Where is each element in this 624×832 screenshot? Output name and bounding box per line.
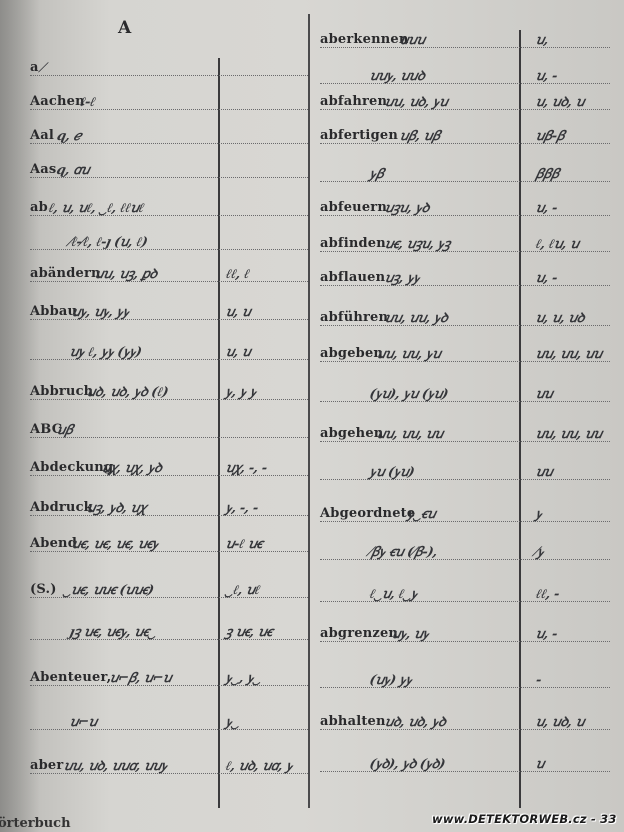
shorthand-variant: ꭒ‑ℓ ꭒꞓ (224, 534, 264, 552)
shorthand-variant: ℓℓ, ‑ (534, 586, 560, 602)
dictionary-entry: (S.)‿ꭒꞓ, ꭒꭒꞓ (ꭒꭒꞓ)‿ℓ, ꭒℓ (30, 580, 308, 600)
headword: Abbruch (30, 384, 93, 399)
headword: aberkennen (320, 32, 409, 47)
dictionary-entry: ȷꝫ ꭒꞓ, ꭒꞓꭚ, ꭒꞓ‿ꝫ ꭒꞓ, ꭒꞓ (30, 622, 308, 642)
shorthand-forms: ꭒꭚ ℓ, ꭚꭚ (ꭚꭚ) (68, 342, 143, 360)
dictionary-entry: (ꭒꭚ) ꭚꭚ‑ (320, 670, 610, 690)
headword: abführen (320, 310, 388, 325)
dictionary-entry: Abbruchꭒꝺ, ꭒꝺ, ꭚꝺ (ℓ)ꭚ, ꭚ ꭚ (30, 382, 308, 402)
dictionary-entry: ꭚꞵꞵꞵꞵ (320, 164, 610, 184)
shorthand-forms: ⁄ℓ‑⁄ℓ, ℓ‑ȷ (ꭒ, ℓ) (68, 232, 149, 250)
dictionary-entry: abgebenꭒꭒ, ꭒꭒ, ꭚꭒꭒꭒ, ꭒꭒ, ꭒꭒ (320, 344, 610, 364)
dictionary-entry: abgrenzenꭒꭚ, ꭒꭚꭒ, ‑ (320, 624, 610, 644)
dictionary-entry: abfertigenꭒꞵ, ꭒꞵꭒꞵ‑ꞵ (320, 126, 610, 146)
dotted-rule (30, 109, 308, 110)
headword: Aachen (30, 94, 85, 109)
shorthand-forms: ꭒꝫ, ꭚꭚ (383, 268, 422, 286)
dotted-rule (320, 285, 610, 286)
dictionary-entry: ⁄ℓ‑⁄ℓ, ℓ‑ȷ (ꭒ, ℓ) (30, 232, 308, 252)
dotted-rule (320, 601, 610, 602)
dictionary-entry: abflauenꭒꝫ, ꭚꭚꭒ, ‑ (320, 268, 610, 288)
dictionary-entry: Aachenℓ‑ℓ (30, 92, 308, 112)
shorthand-forms: ꭒꞵ (55, 420, 75, 438)
dictionary-entry: ABCꭒꞵ (30, 420, 308, 440)
right-column: aberkennenꭒꭒꭒꭒ,ꭒꭒꭚ, ꭒꭒꝺꭒ, ‑abfahrenꭒꭒ, ꭒ… (312, 0, 624, 832)
shorthand-variant: ꭒ, ‑ (534, 198, 559, 216)
dictionary-entry: abfindenꭒꞓ, ꭒꝫꭒ, ꭚꝫℓ, ℓꭒ, ꭒ (320, 234, 610, 254)
shorthand-forms: ℓ‑ℓ (78, 94, 96, 110)
dictionary-entry: Aasɋ, ꭤꭒ (30, 160, 308, 180)
headword: abgehen (320, 426, 383, 441)
dotted-rule (320, 771, 610, 772)
shorthand-variant: ꭚ‿ (224, 712, 241, 730)
dotted-rule (320, 641, 610, 642)
dictionary-entry: Abgeordneteꭚ‿ꞓꭒꭚ (320, 504, 610, 524)
shorthand-variant: ⁄ꭚ (534, 542, 546, 560)
dotted-rule (30, 515, 308, 516)
headword: abfahren (320, 94, 387, 109)
shorthand-variant: ꭚ‿, ꭚ‿ (224, 668, 263, 686)
headword: abfinden (320, 236, 386, 251)
dictionary-entry: ꭒꭚ ℓ, ꭚꭚ (ꭚꭚ)ꭒ, ꭒ (30, 342, 308, 362)
dictionary-entry: abführenꭒꭒ, ꭒꭒ, ꭚꝺꭒ, ꭒ, ꭒꝺ (320, 308, 610, 328)
headword: abgeben (320, 346, 383, 361)
shorthand-forms: ‿ꭒꞓ, ꭒꭒꞓ (ꭒꭒꞓ) (62, 580, 155, 598)
headword: abflauen (320, 270, 385, 285)
dictionary-entry: (ꭚꝺ), ꭚꝺ (ꭚꝺ)ꭒ (320, 754, 610, 774)
dotted-rule (320, 479, 610, 480)
shorthand-variant: ꭒ, ‑ (534, 268, 559, 286)
shorthand-variant: ꭒ, ꭒꝺ, ꭒ (534, 712, 586, 730)
dotted-rule (30, 281, 308, 282)
dotted-rule (30, 437, 308, 438)
dotted-rule (320, 47, 610, 48)
shorthand-variant: ꭒꭒ (534, 462, 554, 480)
dotted-rule (320, 401, 610, 402)
shorthand-forms: ℓ‿ꭒ, ℓ‿ꭚ (368, 584, 419, 602)
shorthand-forms: ꭒꭒ, ꭒꭒ, ꭚꝺ (383, 308, 450, 326)
headword: abgrenzen (320, 626, 398, 641)
dictionary-entry: abhaltenꭒꝺ, ꭒꝺ, ꭚꝺꭒ, ꭒꝺ, ꭒ (320, 712, 610, 732)
dictionary-entry: ℓ‿ꭒ, ℓ‿ꭚℓℓ, ‑ (320, 584, 610, 604)
headword: abhalten (320, 714, 386, 729)
shorthand-forms: ꭒꭒ, ꭒꝺ, ꭒꭒꭤ, ꭒꭒꭚ (62, 756, 169, 774)
shorthand-variant: ‿ℓ, ꭒℓ (224, 580, 262, 598)
shorthand-variant: ꭒ (534, 754, 546, 772)
shorthand-forms: ꭚꞵ (368, 164, 386, 182)
dictionary-entry: abändernꭒꭒ, ꭒꝫ, ꝑꝺℓℓ, ℓ (30, 264, 308, 284)
shorthand-variant: ꝫ ꭒꞓ, ꭒꞓ (224, 622, 274, 640)
shorthand-forms: ꭒꝫꭒ, ꭚꝺ (383, 198, 431, 216)
shorthand-variant: ꭒ, ꭒ, ꭒꝺ (534, 308, 586, 326)
headword: Aas (30, 162, 56, 177)
dictionary-entry: ꭒ⌐ꭒꭚ‿ (30, 712, 308, 732)
headword: abfeuern (320, 200, 387, 215)
headword: Abenteuer, (30, 670, 111, 685)
headword: (S.) (30, 582, 57, 597)
dictionary-entry: ⁄ꞵꭚ ꞓꭒ (⁄ꞵ‑),⁄ꭚ (320, 542, 610, 562)
dictionary-entry: abfahrenꭒꭒ, ꭒꝺ, ꭚꭒꭒ, ꭒꝺ, ꭒ (320, 92, 610, 112)
shorthand-forms: ꭚꭒ (ꭚꭒ) (368, 462, 416, 480)
shorthand-forms: ℓ, ꭒ, ꭒℓ, ‿ℓ, ℓℓꭒℓ (47, 198, 146, 216)
shorthand-variant: ꭒ, ‑ (534, 66, 559, 84)
dotted-rule (320, 83, 610, 84)
dictionary-entry: Abbauꭒꭚ, ꭒꭚ, ꭚꭚꭒ, ꭒ (30, 302, 308, 322)
shorthand-variant: ꭚ, ꭚ ꭚ (224, 382, 258, 400)
headword: ab (30, 200, 48, 215)
shorthand-forms: ɋ, ꭤꭒ (55, 160, 91, 178)
dictionary-entry: aberkennenꭒꭒꭒꭒ, (320, 30, 610, 50)
shorthand-variant: ꭚ (534, 504, 544, 522)
footer-fragment: örterbuch (0, 816, 71, 831)
shorthand-forms: ꭒꭒꭚ, ꭒꭒꝺ (368, 66, 427, 84)
shorthand-forms: ꭒ⌐ꭒ (68, 712, 99, 730)
dictionary-entry: abℓ, ꭒ, ꭒℓ, ‿ℓ, ℓℓꭒℓ (30, 198, 308, 218)
shorthand-forms: ꭒꝫ, ꭚꝺ, ꭒꭕ (85, 498, 148, 516)
dictionary-entry: Abdeckungꭒꭕ, ꭒꭕ, ꭚꝺꭒꭕ, ‑, ‑ (30, 458, 308, 478)
shorthand-forms: ꭒꭚ, ꭒꭚ, ꭚꭚ (70, 302, 131, 320)
headword: abändern (30, 266, 101, 281)
dictionary-entry: Aalɋ, ℯ (30, 126, 308, 146)
shorthand-variant: ꭒꭒ (534, 384, 554, 402)
dotted-rule (320, 687, 610, 688)
shorthand-variant: ꭒꞵ‑ꞵ (534, 126, 566, 144)
left-column: a⁄Aachenℓ‑ℓAalɋ, ℯAasɋ, ꭤꭒabℓ, ꭒ, ꭒℓ, ‿ℓ… (0, 0, 310, 832)
dictionary-entry: a⁄ (30, 58, 308, 78)
dotted-rule (320, 521, 610, 522)
shorthand-forms: ꭒꭒ, ꭒꝫ, ꝑꝺ (93, 264, 159, 282)
dictionary-entry: abfeuernꭒꝫꭒ, ꭚꝺꭒ, ‑ (320, 198, 610, 218)
shorthand-forms: ⁄ꞵꭚ ꞓꭒ (⁄ꞵ‑), (368, 542, 439, 560)
shorthand-forms: (ꭚꭒ), ꭚꭒ (ꭚꭒ) (368, 384, 450, 402)
dictionary-entry: Abenteuer,ꭒ⌐ꞵ, ꭒ⌐ꭒꭚ‿, ꭚ‿ (30, 668, 308, 688)
shorthand-forms: ꭒꞵ, ꭒꞵ (398, 126, 442, 144)
shorthand-forms: ꭒꞓ, ꭒꞓ, ꭒꞓ, ꭒꞓꭚ (70, 534, 160, 552)
dictionary-entry: (ꭚꭒ), ꭚꭒ (ꭚꭒ)ꭒꭒ (320, 384, 610, 404)
dictionary-entry: ꭒꭒꭚ, ꭒꭒꝺꭒ, ‑ (320, 66, 610, 86)
dictionary-entry: aberꭒꭒ, ꭒꝺ, ꭒꭒꭤ, ꭒꭒꭚℓ, ꭒꝺ, ꭒꭤ, ꭚ (30, 756, 308, 776)
shorthand-variant: ꭒ, ꭒ (224, 342, 253, 360)
shorthand-forms: ꭚ‿ꞓꭒ (406, 504, 437, 522)
shorthand-variant: ꭒ, ꭒ (224, 302, 253, 320)
shorthand-variant: ꭒ, (534, 30, 550, 48)
dotted-rule (320, 559, 610, 560)
headword: Abdruck (30, 500, 93, 515)
headword: a (30, 60, 39, 75)
dotted-rule (30, 399, 308, 400)
dictionary-entry: Abendꭒꞓ, ꭒꞓ, ꭒꞓ, ꭒꞓꭚꭒ‑ℓ ꭒꞓ (30, 534, 308, 554)
dotted-rule (30, 75, 308, 76)
shorthand-forms: ꭒ⌐ꞵ, ꭒ⌐ꭒ (108, 668, 173, 686)
dotted-rule (320, 143, 610, 144)
shorthand-variant: ꭚ, ‑, ‑ (224, 498, 260, 516)
shorthand-forms: ꭒꭕ, ꭒꭕ, ꭚꝺ (100, 458, 164, 476)
dotted-rule (320, 181, 610, 182)
shorthand-forms: ɋ, ℯ (55, 129, 82, 144)
shorthand-forms: ꭒꝺ, ꭒꝺ, ꭚꝺ (ℓ) (85, 382, 170, 400)
shorthand-forms: (ꭒꭚ) ꭚꭚ (368, 670, 414, 688)
dictionary-entry: abgehenꭒꭒ, ꭒꭒ, ꭒꭒꭒꭒ, ꭒꭒ, ꭒꭒ (320, 424, 610, 444)
shorthand-forms: ꭒꞓ, ꭒꝫꭒ, ꭚꝫ (383, 234, 452, 252)
dotted-rule (30, 475, 308, 476)
shorthand-variant: ꭒꭕ, ‑, ‑ (224, 458, 269, 476)
dotted-rule (320, 215, 610, 216)
shorthand-forms: ꭒꭚ, ꭒꭚ (390, 624, 431, 642)
dictionary-entry: ꭚꭒ (ꭚꭒ)ꭒꭒ (320, 462, 610, 482)
shorthand-variant: ꭒꭒ, ꭒꭒ, ꭒꭒ (534, 344, 604, 362)
shorthand-variant: ℓℓ, ℓ (224, 266, 251, 282)
shorthand-variant: ℓ, ꭒꝺ, ꭒꭤ, ꭚ (224, 756, 295, 774)
shorthand-variant: ꞵꞵꞵ (534, 164, 561, 182)
headword: aber (30, 758, 63, 773)
shorthand-variant: ‑ (534, 673, 542, 688)
shorthand-forms: ȷꝫ ꭒꞓ, ꭒꞓꭚ, ꭒꞓ‿ (68, 622, 158, 640)
headword: Abgeordnete (320, 506, 415, 521)
shorthand-forms: ꭒꭒꭒ (398, 30, 427, 48)
shorthand-variant: ℓ, ℓꭒ, ꭒ (534, 234, 581, 252)
shorthand-forms: ꭒꝺ, ꭒꝺ, ꭚꝺ (383, 712, 448, 730)
dictionary-entry: Abdruckꭒꝫ, ꭚꝺ, ꭒꭕꭚ, ‑, ‑ (30, 498, 308, 518)
shorthand-forms: ꭒꭒ, ꭒꭒ, ꭒꭒ (375, 424, 445, 442)
shorthand-forms: ꭒꭒ, ꭒꭒ, ꭚꭒ (375, 344, 443, 362)
headword: Aal (30, 128, 54, 143)
shorthand-forms: ⁄ (40, 61, 45, 76)
watermark: www.DETEKTORWEB.cz - 33 (432, 812, 617, 826)
headword: abfertigen (320, 128, 398, 143)
shorthand-variant: ꭒ, ‑ (534, 624, 559, 642)
shorthand-forms: (ꭚꝺ), ꭚꝺ (ꭚꝺ) (368, 754, 447, 772)
shorthand-variant: ꭒꭒ, ꭒꭒ, ꭒꭒ (534, 424, 604, 442)
shorthand-forms: ꭒꭒ, ꭒꝺ, ꭚꭒ (383, 92, 450, 110)
shorthand-variant: ꭒ, ꭒꝺ, ꭒ (534, 92, 586, 110)
